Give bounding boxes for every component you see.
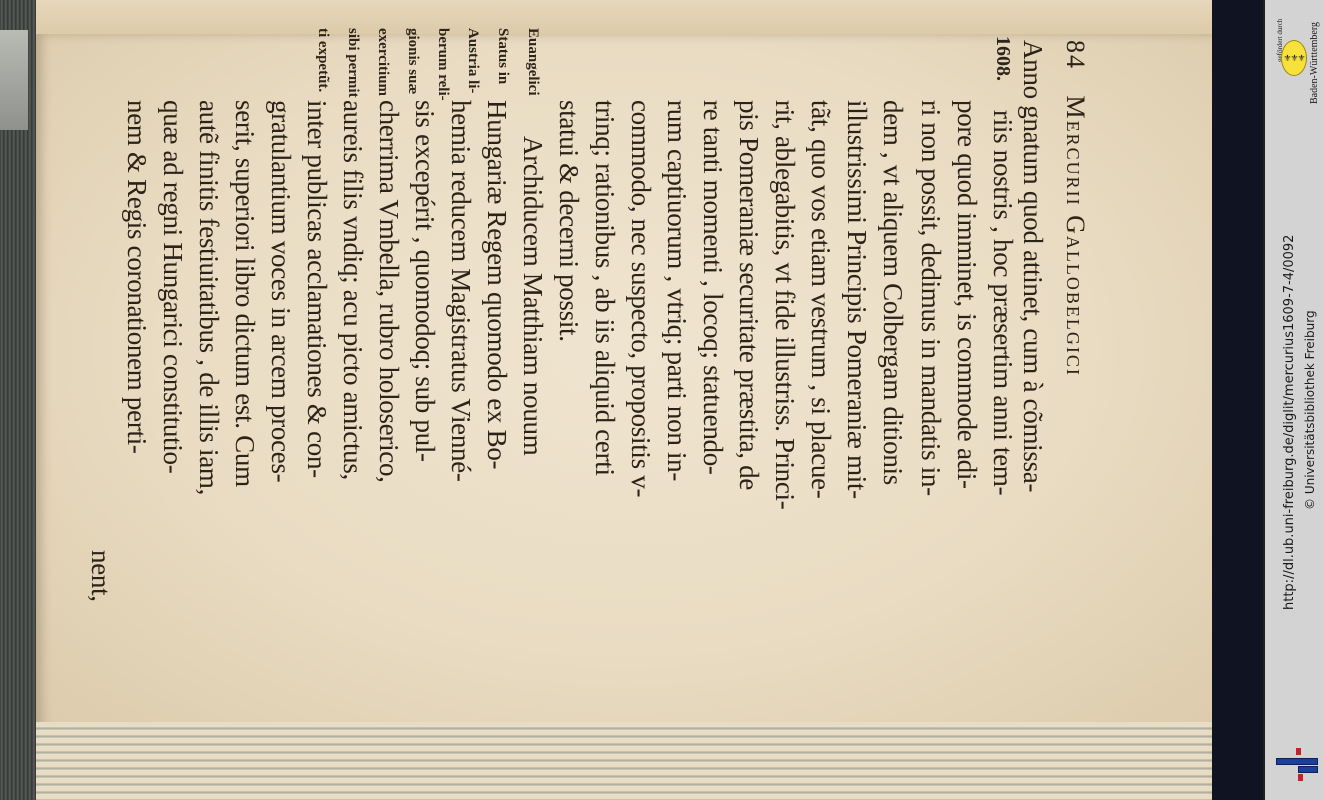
text-line: pis Pomeraniæ securitate præstita, de bbox=[734, 100, 764, 490]
ub-freiburg-logo-icon bbox=[1276, 748, 1320, 778]
text-line: trinq; rationibus , ab iis aliquid certi bbox=[590, 100, 620, 476]
funder-label: Baden-Württemberg bbox=[1309, 22, 1320, 104]
text-line: Hungariæ Regem quomodo ex Bo- bbox=[482, 100, 512, 469]
text-line: Archiducem Matthiam nouum bbox=[518, 136, 548, 455]
page-text-block: 84 Mercurii Gallobelgici Anno gnatum quo… bbox=[90, 40, 1090, 680]
text-line: cherrima Vmbella, rubro holoserico, bbox=[374, 100, 404, 483]
text-line: tãt, quo vos etiam vestrum , si placue- bbox=[806, 100, 836, 498]
text-line: riis nostris , hoc præsertim anni tem- bbox=[988, 110, 1018, 495]
baden-wuerttemberg-coat-of-arms-icon: ⚜⚜⚜ bbox=[1281, 40, 1307, 76]
scanned-page-image: 84 Mercurii Gallobelgici Anno gnatum quo… bbox=[0, 0, 1263, 800]
text-line: gratulantium voces in arcem proces- bbox=[266, 100, 296, 482]
text-line: Anno gnatum quod attinet, cum à cõmissa- bbox=[1018, 40, 1048, 492]
text-line: nem & Regis coronationem perti- bbox=[122, 100, 152, 454]
text-line: serit, superiori libro dictum est. Cum bbox=[230, 100, 260, 487]
text-line: rum captiuorum , vtriq; parti non in- bbox=[662, 100, 692, 481]
text-line: rit, ablegabitis, vt fide illustriss. Pr… bbox=[770, 100, 800, 509]
text-line: pore quod imminet, is commode adi- bbox=[952, 100, 982, 489]
text-line: re tanti momenti , locoq; statuendo- bbox=[698, 100, 728, 475]
permalink-url[interactable]: http://dl.ub.uni-freiburg.de/diglit/merc… bbox=[1282, 235, 1297, 610]
page-top-fold bbox=[36, 0, 1216, 36]
text-line: ri non possit, dedimus in mandatis in- bbox=[916, 100, 946, 496]
text-line: illustrissimi Principis Pomeraniæ mit- bbox=[842, 100, 872, 499]
text-line: sis excepérit , quomodoq; sub pul- bbox=[410, 100, 440, 462]
text-line: commodo, nec suspecto, propositis v- bbox=[626, 100, 656, 497]
running-head-title: Mercurii Gallobelgici bbox=[1061, 96, 1090, 377]
page-number: 84 bbox=[1061, 40, 1090, 70]
text-line: aureis filis vndiq; acu picto amictus, bbox=[338, 100, 368, 480]
text-line: nent, bbox=[86, 550, 116, 602]
copyright-label: © Universitätsbibliothek Freiburg bbox=[1303, 310, 1317, 510]
text-line: inter publicas acclamationes & con- bbox=[302, 100, 332, 478]
text-line: quæ ad regni Hungarici constitutio- bbox=[158, 100, 188, 473]
running-head: 84 Mercurii Gallobelgici bbox=[1060, 40, 1090, 377]
page-stack-edge bbox=[36, 722, 1216, 800]
scan-background bbox=[1212, 0, 1263, 800]
text-line: hemia reducem Magistratus Vienné- bbox=[446, 100, 476, 482]
text-line: autẽ finitis festiuitatibus , de illis i… bbox=[194, 100, 224, 495]
year-marginal: 1608. bbox=[994, 36, 1012, 81]
text-line: dem , vt aliquem Colbergam ditionis bbox=[878, 100, 908, 485]
text-line: statui & decerni possit. bbox=[554, 100, 584, 342]
